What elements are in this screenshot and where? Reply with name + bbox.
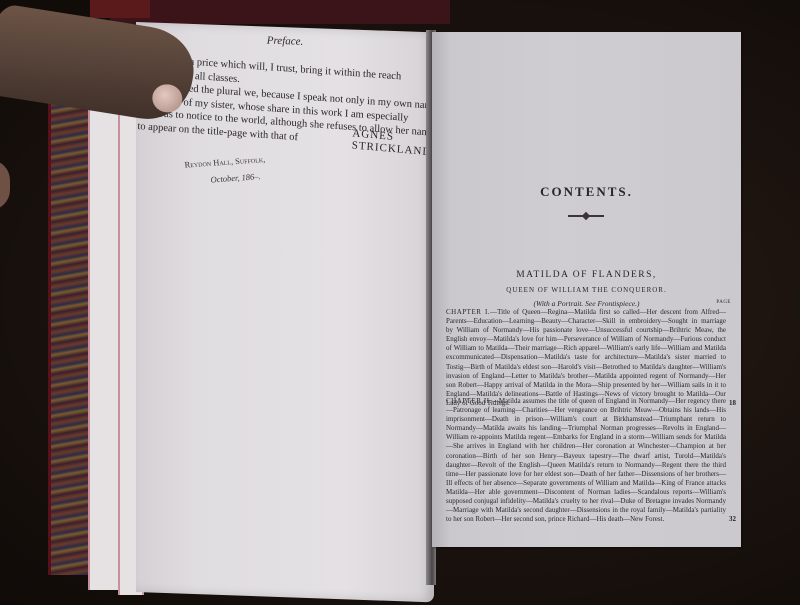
chapter-summary: —Title of Queen—Regina—Matilda first so … xyxy=(446,308,726,407)
place-line: Reydon Hall, Suffolk, xyxy=(184,154,266,170)
left-page[interactable]: Preface. iv the work at a price which wi… xyxy=(136,22,434,602)
section-note: (With a Portrait. See Frontispiece.) xyxy=(432,299,741,308)
page-column-label: PAGE xyxy=(716,300,731,305)
book-cover-red-band xyxy=(90,0,150,18)
section-subtitle: QUEEN OF WILLIAM THE CONQUEROR. xyxy=(432,286,741,294)
contents-title: CONTENTS. xyxy=(432,184,741,200)
book-cover-top xyxy=(110,0,450,24)
chapter-entry: CHAPTER II.—Matilda assumes the title of… xyxy=(446,397,726,524)
chapter-page-number: 32 xyxy=(729,515,736,524)
section-title: MATILDA OF FLANDERS, xyxy=(432,270,741,280)
chapter-entry: CHAPTER I.—Title of Queen—Regina—Matilda… xyxy=(446,308,726,408)
chapter-label: CHAPTER I. xyxy=(446,308,490,316)
chapter-summary: —Matilda assumes the title of queen of E… xyxy=(446,397,726,523)
date-line: October, 186–. xyxy=(210,171,261,184)
ornament-divider-icon xyxy=(568,215,604,217)
right-page[interactable]: CONTENTS. MATILDA OF FLANDERS, QUEEN OF … xyxy=(432,32,741,547)
chapter-page-number: 18 xyxy=(729,399,736,408)
chapter-label: CHAPTER II. xyxy=(446,397,492,405)
